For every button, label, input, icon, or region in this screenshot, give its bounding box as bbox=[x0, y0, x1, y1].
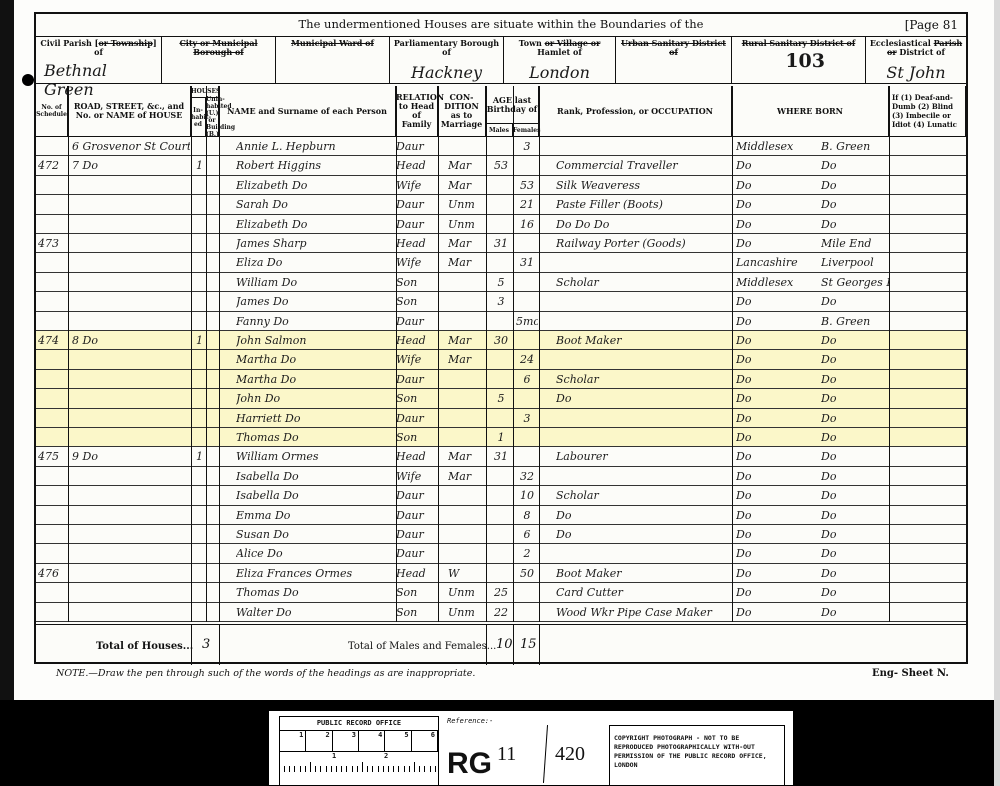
relation: Head bbox=[396, 156, 436, 175]
birth-place: Do bbox=[821, 525, 889, 544]
census-row: William DoSon5ScholarMiddlesexSt Georges… bbox=[36, 273, 966, 292]
age-female bbox=[516, 447, 538, 466]
birth-county: Do bbox=[736, 486, 816, 505]
address bbox=[72, 583, 190, 602]
condition bbox=[448, 312, 484, 331]
occupation: Scholar bbox=[556, 370, 732, 389]
district-field-5: Urban Sanitary District of bbox=[616, 36, 732, 84]
occupation bbox=[556, 350, 732, 369]
schedule-number: 476 bbox=[38, 564, 68, 583]
relation: Son bbox=[396, 292, 436, 311]
census-sheet: The undermentioned Houses are situate wi… bbox=[34, 12, 968, 664]
occupation bbox=[556, 253, 732, 272]
condition: Mar bbox=[448, 350, 484, 369]
relation: Daur bbox=[396, 506, 436, 525]
age-male bbox=[490, 467, 512, 486]
census-row: 476Eliza Frances OrmesHeadW50Boot MakerD… bbox=[36, 564, 966, 583]
relation: Head bbox=[396, 331, 436, 350]
address bbox=[72, 370, 190, 389]
birth-county: Do bbox=[736, 447, 816, 466]
occupation bbox=[556, 544, 732, 563]
condition bbox=[448, 486, 484, 505]
birth-place: B. Green bbox=[821, 312, 889, 331]
age-female bbox=[516, 331, 538, 350]
condition bbox=[448, 544, 484, 563]
address: 6 Grosvenor St Court bbox=[72, 137, 190, 156]
address bbox=[72, 292, 190, 311]
age-male bbox=[490, 195, 512, 214]
address bbox=[72, 564, 190, 583]
census-row: Martha DoDaur6ScholarDoDo bbox=[36, 370, 966, 389]
age-male bbox=[490, 409, 512, 428]
schedule-number bbox=[38, 467, 68, 486]
footnote: NOTE.—Draw the pen through such of the w… bbox=[56, 668, 475, 679]
birth-county: Do bbox=[736, 215, 816, 234]
reference-folio: 420 bbox=[555, 743, 585, 766]
column-divider bbox=[191, 86, 192, 622]
col-header-males: Males bbox=[486, 124, 513, 137]
address bbox=[72, 215, 190, 234]
census-row: 4727 Do1Robert HigginsHeadMar53Commercia… bbox=[36, 156, 966, 175]
occupation: Scholar bbox=[556, 273, 732, 292]
col-header-name: NAME and Surname of each Person bbox=[219, 86, 396, 137]
birth-place: Do bbox=[821, 603, 889, 622]
office-name: PUBLIC RECORD OFFICE bbox=[280, 717, 438, 731]
census-row: Walter DoSonUnm22Wood Wkr Pipe Case Make… bbox=[36, 603, 966, 622]
reference-piece: 11 bbox=[497, 743, 516, 766]
birth-place: Do bbox=[821, 331, 889, 350]
census-row: 4759 Do1William OrmesHeadMar31LabourerDo… bbox=[36, 447, 966, 466]
census-row: Elizabeth DoWifeMar53Silk WeaveressDoDo bbox=[36, 176, 966, 195]
sheet-title: The undermentioned Houses are situate wi… bbox=[36, 17, 966, 31]
relation: Daur bbox=[396, 409, 436, 428]
birth-place: Do bbox=[821, 506, 889, 525]
column-divider bbox=[539, 86, 540, 622]
condition: W bbox=[448, 564, 484, 583]
ruler-number: 1 bbox=[332, 752, 336, 760]
age-female: 5mo bbox=[516, 312, 538, 331]
occupation: Railway Porter (Goods) bbox=[556, 234, 732, 253]
copyright-notice: COPYRIGHT PHOTOGRAPH - NOT TO BE REPRODU… bbox=[609, 725, 785, 786]
age-male: 53 bbox=[490, 156, 512, 175]
age-male: 25 bbox=[490, 583, 512, 602]
condition: Unm bbox=[448, 583, 484, 602]
page-number: [Page 81 bbox=[905, 18, 958, 32]
age-male bbox=[490, 370, 512, 389]
census-row: John DoSon5DoDoDo bbox=[36, 389, 966, 408]
address bbox=[72, 176, 190, 195]
address bbox=[72, 253, 190, 272]
district-value: Hackney bbox=[390, 63, 503, 82]
relation: Wife bbox=[396, 253, 436, 272]
relation: Wife bbox=[396, 176, 436, 195]
address bbox=[72, 486, 190, 505]
address bbox=[72, 234, 190, 253]
birth-county: Do bbox=[736, 428, 816, 447]
col-header-relation: RELATION to Head of Family bbox=[396, 86, 438, 137]
birth-place: Mile End bbox=[821, 234, 889, 253]
birth-place: Do bbox=[821, 467, 889, 486]
birth-place: Liverpool bbox=[821, 253, 889, 272]
condition bbox=[448, 428, 484, 447]
address bbox=[72, 409, 190, 428]
schedule-number bbox=[38, 544, 68, 563]
relation: Daur bbox=[396, 370, 436, 389]
census-row: Harriett DoDaur3DoDo bbox=[36, 409, 966, 428]
schedule-number bbox=[38, 292, 68, 311]
schedule-number bbox=[38, 176, 68, 195]
schedule-number bbox=[38, 273, 68, 292]
scale-box: PUBLIC RECORD OFFICE 123456 12 bbox=[279, 716, 439, 786]
address bbox=[72, 389, 190, 408]
birth-place: Do bbox=[821, 486, 889, 505]
age-female: 31 bbox=[516, 253, 538, 272]
census-row: Fanny DoDaur5moDoB. Green bbox=[36, 312, 966, 331]
relation: Son bbox=[396, 273, 436, 292]
age-female: 2 bbox=[516, 544, 538, 563]
schedule-number bbox=[38, 506, 68, 525]
age-female: 8 bbox=[516, 506, 538, 525]
occupation: Wood Wkr Pipe Case Maker bbox=[556, 603, 732, 622]
total-males-females-label: Total of Males and Females... bbox=[348, 641, 496, 652]
address bbox=[72, 428, 190, 447]
schedule-number bbox=[38, 389, 68, 408]
relation: Son bbox=[396, 389, 436, 408]
address: 8 Do bbox=[72, 331, 190, 350]
age-male bbox=[490, 506, 512, 525]
schedule-number bbox=[38, 486, 68, 505]
birth-county: Do bbox=[736, 603, 816, 622]
census-row: Alice DoDaur2DoDo bbox=[36, 544, 966, 563]
birth-county: Lancashire bbox=[736, 253, 816, 272]
schedule-number: 474 bbox=[38, 331, 68, 350]
column-divider bbox=[486, 86, 487, 622]
district-label: Ecclesiastical Parish or District of bbox=[866, 36, 966, 57]
census-row: Eliza DoWifeMar31LancashireLiverpool bbox=[36, 253, 966, 272]
condition bbox=[448, 409, 484, 428]
age-female bbox=[516, 389, 538, 408]
census-row: Martha DoWifeMar24DoDo bbox=[36, 350, 966, 369]
age-male: 30 bbox=[490, 331, 512, 350]
census-row: Thomas DoSon1DoDo bbox=[36, 428, 966, 447]
age-female bbox=[516, 156, 538, 175]
occupation bbox=[556, 312, 732, 331]
age-male bbox=[490, 137, 512, 156]
district-value: London bbox=[504, 63, 615, 82]
birth-county: Do bbox=[736, 234, 816, 253]
schedule-number bbox=[38, 195, 68, 214]
census-row: Isabella DoWifeMar32DoDo bbox=[36, 467, 966, 486]
census-row: Susan DoDaur6DoDoDo bbox=[36, 525, 966, 544]
column-divider bbox=[732, 86, 733, 622]
occupation: Labourer bbox=[556, 447, 732, 466]
district-field-2: Municipal Ward of bbox=[276, 36, 390, 84]
birth-place: Do bbox=[821, 215, 889, 234]
birth-county: Do bbox=[736, 312, 816, 331]
schedule-number bbox=[38, 525, 68, 544]
district-label: Town or Village or Hamlet of bbox=[504, 36, 615, 57]
col-header-schedule: No. of Schedule bbox=[36, 86, 68, 137]
district-field-0: Civil Parish [or Township] ofBethnal Gre… bbox=[36, 36, 162, 84]
relation: Son bbox=[396, 583, 436, 602]
address bbox=[72, 544, 190, 563]
condition: Unm bbox=[448, 195, 484, 214]
schedule-number bbox=[38, 350, 68, 369]
schedule-number bbox=[38, 409, 68, 428]
age-female: 50 bbox=[516, 564, 538, 583]
condition bbox=[448, 273, 484, 292]
age-male bbox=[490, 176, 512, 195]
birth-place: Do bbox=[821, 389, 889, 408]
birth-county: Do bbox=[736, 292, 816, 311]
district-field-6: Rural Sanitary District of103 bbox=[732, 36, 866, 84]
age-male: 31 bbox=[490, 234, 512, 253]
birth-county: Do bbox=[736, 370, 816, 389]
census-row: 6 Grosvenor St CourtAnnie L. HepburnDaur… bbox=[36, 137, 966, 156]
schedule-number bbox=[38, 253, 68, 272]
age-female: 3 bbox=[516, 409, 538, 428]
age-female: 21 bbox=[516, 195, 538, 214]
district-value: 103 bbox=[732, 50, 865, 72]
birth-place: Do bbox=[821, 564, 889, 583]
reference-series: RG bbox=[447, 747, 492, 781]
col-header-road: ROAD, STREET, &c., and No. or NAME of HO… bbox=[68, 86, 191, 137]
birth-county: Do bbox=[736, 544, 816, 563]
occupation: Commercial Traveller bbox=[556, 156, 732, 175]
age-female: 3 bbox=[516, 137, 538, 156]
condition: Mar bbox=[448, 176, 484, 195]
address bbox=[72, 467, 190, 486]
col-header-uninhabited: Unin-habited (U.), or Building (B.) bbox=[206, 98, 219, 137]
address bbox=[72, 603, 190, 622]
occupation: Card Cutter bbox=[556, 583, 732, 602]
occupation bbox=[556, 467, 732, 486]
birth-place: Do bbox=[821, 156, 889, 175]
occupation: Do Do Do bbox=[556, 215, 732, 234]
occupation: Do bbox=[556, 525, 732, 544]
col-header-condition: CON-DITION as to Marriage bbox=[438, 86, 486, 137]
reference-label: Reference:- bbox=[447, 717, 607, 725]
district-label: Urban Sanitary District of bbox=[616, 36, 731, 57]
age-female bbox=[516, 583, 538, 602]
col-header-inhabited: In-habit-ed bbox=[191, 98, 206, 137]
relation: Daur bbox=[396, 486, 436, 505]
address bbox=[72, 273, 190, 292]
relation: Daur bbox=[396, 544, 436, 563]
birth-county: Do bbox=[736, 331, 816, 350]
district-label: Parliamentary Borough of bbox=[390, 36, 503, 57]
birth-county: Do bbox=[736, 389, 816, 408]
birth-place: Do bbox=[821, 195, 889, 214]
occupation: Silk Weaveress bbox=[556, 176, 732, 195]
relation: Wife bbox=[396, 350, 436, 369]
birth-county: Do bbox=[736, 564, 816, 583]
schedule-number: 475 bbox=[38, 447, 68, 466]
age-male bbox=[490, 350, 512, 369]
condition: Mar bbox=[448, 331, 484, 350]
scale-number: 6 bbox=[412, 731, 438, 751]
age-male: 5 bbox=[490, 273, 512, 292]
age-female: 53 bbox=[516, 176, 538, 195]
address bbox=[72, 195, 190, 214]
age-female: 10 bbox=[516, 486, 538, 505]
address bbox=[72, 350, 190, 369]
relation: Son bbox=[396, 603, 436, 622]
age-female: 32 bbox=[516, 467, 538, 486]
condition: Unm bbox=[448, 215, 484, 234]
condition: Mar bbox=[448, 234, 484, 253]
district-label: City or Municipal Borough of bbox=[162, 36, 275, 57]
occupation: Paste Filler (Boots) bbox=[556, 195, 732, 214]
col-header-occupation: Rank, Profession, or OCCUPATION bbox=[539, 86, 732, 137]
age-male: 31 bbox=[490, 447, 512, 466]
total-houses-value: 3 bbox=[202, 637, 210, 652]
col-header-born: WHERE BORN bbox=[732, 86, 889, 137]
occupation: Do bbox=[556, 506, 732, 525]
relation: Head bbox=[396, 234, 436, 253]
hole-punch-mark bbox=[22, 74, 34, 86]
condition bbox=[448, 137, 484, 156]
birth-place: Do bbox=[821, 292, 889, 311]
district-field-7: Ecclesiastical Parish or District ofSt J… bbox=[866, 36, 966, 84]
address: 9 Do bbox=[72, 447, 190, 466]
district-field-3: Parliamentary Borough ofHackney bbox=[390, 36, 504, 84]
birth-place: Do bbox=[821, 447, 889, 466]
birth-place: Do bbox=[821, 583, 889, 602]
age-male bbox=[490, 312, 512, 331]
relation: Son bbox=[396, 428, 436, 447]
column-divider bbox=[889, 86, 890, 622]
schedule-number: 473 bbox=[38, 234, 68, 253]
scale-number: 3 bbox=[333, 731, 359, 751]
relation: Head bbox=[396, 447, 436, 466]
scan-left-edge bbox=[0, 0, 14, 700]
condition: Mar bbox=[448, 253, 484, 272]
scale-number: 2 bbox=[306, 731, 332, 751]
age-female: 6 bbox=[516, 370, 538, 389]
total-males-value: 10 bbox=[496, 637, 513, 652]
scale-number: 5 bbox=[385, 731, 411, 751]
total-females-value: 15 bbox=[520, 637, 537, 652]
age-male bbox=[490, 215, 512, 234]
birth-county: Do bbox=[736, 583, 816, 602]
birth-place: St Georges E bbox=[821, 273, 889, 292]
age-male bbox=[490, 544, 512, 563]
birth-county: Do bbox=[736, 195, 816, 214]
birth-place: Do bbox=[821, 350, 889, 369]
occupation: Boot Maker bbox=[556, 564, 732, 583]
schedule-number bbox=[38, 137, 68, 156]
column-divider bbox=[219, 86, 220, 622]
age-female: 6 bbox=[516, 525, 538, 544]
age-male: 1 bbox=[490, 428, 512, 447]
census-row: Sarah DoDaurUnm21Paste Filler (Boots)DoD… bbox=[36, 195, 966, 214]
district-label: Civil Parish [or Township] of bbox=[36, 36, 161, 57]
occupation bbox=[556, 137, 732, 156]
birth-county: Middlesex bbox=[736, 273, 816, 292]
column-divider bbox=[206, 86, 207, 622]
totals-row: Total of Houses... 3 Total of Males and … bbox=[36, 624, 966, 665]
birth-place: Do bbox=[821, 176, 889, 195]
birth-county: Do bbox=[736, 525, 816, 544]
ruler-number: 2 bbox=[384, 752, 388, 760]
birth-county: Do bbox=[736, 156, 816, 175]
birth-place: Do bbox=[821, 428, 889, 447]
address: 7 Do bbox=[72, 156, 190, 175]
birth-place: Do bbox=[821, 544, 889, 563]
relation: Daur bbox=[396, 215, 436, 234]
age-male: 5 bbox=[490, 389, 512, 408]
age-male bbox=[490, 525, 512, 544]
age-male: 3 bbox=[490, 292, 512, 311]
occupation: Do bbox=[556, 389, 732, 408]
schedule-number bbox=[38, 215, 68, 234]
district-label: Municipal Ward of bbox=[276, 36, 389, 48]
census-row: Thomas DoSonUnm25Card CutterDoDo bbox=[36, 583, 966, 602]
birth-county: Do bbox=[736, 176, 816, 195]
occupation: Scholar bbox=[556, 486, 732, 505]
birth-place: Do bbox=[821, 370, 889, 389]
relation: Daur bbox=[396, 312, 436, 331]
schedule-number bbox=[38, 428, 68, 447]
birth-county: Do bbox=[736, 506, 816, 525]
age-female: 16 bbox=[516, 215, 538, 234]
birth-place: Do bbox=[821, 409, 889, 428]
scale-number: 4 bbox=[359, 731, 385, 751]
scale-number: 1 bbox=[280, 731, 306, 751]
condition bbox=[448, 292, 484, 311]
address bbox=[72, 312, 190, 331]
condition bbox=[448, 370, 484, 389]
district-field-1: City or Municipal Borough of bbox=[162, 36, 276, 84]
age-male bbox=[490, 486, 512, 505]
birth-place: B. Green bbox=[821, 137, 889, 156]
address bbox=[72, 506, 190, 525]
condition bbox=[448, 506, 484, 525]
occupation: Boot Maker bbox=[556, 331, 732, 350]
condition: Mar bbox=[448, 156, 484, 175]
district-value: St John bbox=[866, 63, 966, 82]
condition: Mar bbox=[448, 467, 484, 486]
col-header-females: Females bbox=[513, 124, 539, 137]
condition: Mar bbox=[448, 447, 484, 466]
column-divider bbox=[396, 86, 397, 622]
census-row: Elizabeth DoDaurUnm16Do Do DoDoDo bbox=[36, 215, 966, 234]
col-header-infirmity: If (1) Deaf-and-Dumb (2) Blind (3) Imbec… bbox=[889, 86, 966, 137]
birth-county: Do bbox=[736, 467, 816, 486]
schedule-number bbox=[38, 583, 68, 602]
scan-right-edge bbox=[994, 0, 1000, 786]
relation: Daur bbox=[396, 137, 436, 156]
condition bbox=[448, 389, 484, 408]
column-divider bbox=[438, 86, 439, 622]
occupation bbox=[556, 428, 732, 447]
condition: Unm bbox=[448, 603, 484, 622]
condition bbox=[448, 525, 484, 544]
census-row: Isabella DoDaur10ScholarDoDo bbox=[36, 486, 966, 505]
schedule-number bbox=[38, 603, 68, 622]
title-bar: The undermentioned Houses are situate wi… bbox=[36, 14, 966, 37]
age-female bbox=[516, 292, 538, 311]
sheet-reference: Eng- Sheet N. bbox=[872, 668, 949, 679]
census-row: Emma DoDaur8DoDoDo bbox=[36, 506, 966, 525]
birth-county: Do bbox=[736, 409, 816, 428]
relation: Daur bbox=[396, 195, 436, 214]
total-houses-label: Total of Houses... bbox=[96, 641, 193, 652]
reference-divider bbox=[543, 725, 548, 783]
reference-block: Reference:- RG 11 420 bbox=[447, 717, 607, 786]
age-male: 22 bbox=[490, 603, 512, 622]
